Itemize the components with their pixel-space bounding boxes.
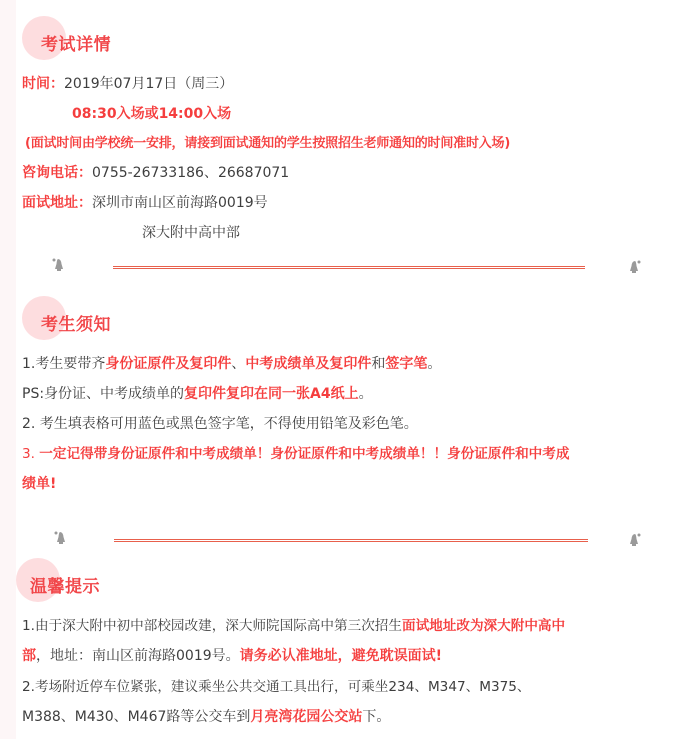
exam-time-row: 时间：2019年07月17日（周三）	[22, 74, 233, 94]
highlight-text: 月亮湾花园公交站	[250, 709, 362, 725]
highlight-text: 部	[22, 648, 36, 664]
text: 下。	[362, 709, 390, 725]
notice-item-1: 1.考生要带齐身份证原件及复印件、中考成绩单及复印件和签字笔。	[22, 354, 441, 374]
heading-title: 温馨提示	[30, 572, 100, 597]
address-value: 深圳市南山区前海路0019号	[92, 195, 268, 211]
heading-title: 考生须知	[41, 310, 111, 335]
text: 1.由于深大附中初中部校园改建，深大师院国际高中第三次招生	[22, 618, 402, 634]
notice-item-3-cont: 绩单!	[22, 474, 56, 494]
time-note: (面试时间由学校统一安排，请接到面试通知的学生按照招生老师通知的时间准时入场)	[25, 134, 510, 154]
text: 和	[371, 356, 385, 372]
notice-item-3: 3. 一定记得带身份证原件和中考成绩单！身份证原件和中考成绩单！！身份证原件和中…	[22, 444, 569, 464]
bell-icon	[52, 257, 66, 273]
section-heading-exam-details: 考试详情	[22, 16, 162, 56]
address-row: 面试地址：深圳市南山区前海路0019号	[22, 193, 268, 213]
time-value: 2019年07月17日（周三）	[64, 76, 233, 92]
text: ，地址：南山区前海路0019号。	[36, 648, 240, 664]
divider-rule	[113, 266, 585, 269]
text: PS:身份证、中考成绩单的	[22, 386, 184, 402]
section-heading-candidate-notice: 考生须知	[22, 296, 162, 336]
tip-item-1-cont: 部，地址：南山区前海路0019号。请务必认准地址，避免耽误面试!	[22, 646, 442, 666]
highlight-text: 签字笔	[385, 356, 427, 372]
tip-item-2-cont: M388、M430、M467路等公交车到月亮湾花园公交站下。	[22, 707, 390, 727]
text: 3.	[22, 446, 39, 462]
address-label: 面试地址：	[22, 195, 92, 211]
tip-item-2: 2.考场附近停车位紧张，建议乘坐公共交通工具出行，可乘坐234、M347、M37…	[22, 677, 530, 697]
text: 、	[231, 356, 245, 372]
bell-icon	[627, 532, 641, 548]
heading-title: 考试详情	[41, 30, 111, 55]
highlight-text: 中考成绩单及复印件	[245, 356, 371, 372]
section-divider	[22, 530, 662, 550]
notice-ps: PS:身份证、中考成绩单的复印件复印在同一张A4纸上。	[22, 384, 373, 404]
divider-rule	[114, 539, 588, 542]
highlight-text: 一定记得带身份证原件和中考成绩单！身份证原件和中考成绩单！！身份证原件和中考成	[39, 446, 569, 462]
highlight-text: 复印件复印在同一张A4纸上	[184, 386, 359, 402]
text: M388、M430、M467路等公交车到	[22, 709, 250, 725]
section-divider	[22, 257, 662, 277]
phone-value: 0755-26733186、26687071	[92, 165, 289, 181]
highlight-text: 请务必认准地址，避免耽误面试!	[240, 648, 442, 664]
left-decorative-strip	[0, 0, 16, 739]
address-value-2: 深大附中高中部	[142, 223, 240, 243]
time-slots: 08:30入场或14:00入场	[72, 104, 231, 124]
highlight-text: 面试地址改为深大附中高中	[402, 618, 565, 634]
phone-row: 咨询电话：0755-26733186、26687071	[22, 163, 289, 183]
text: 1.考生要带齐	[22, 356, 105, 372]
phone-label: 咨询电话：	[22, 165, 92, 181]
tip-item-1: 1.由于深大附中初中部校园改建，深大师院国际高中第三次招生面试地址改为深大附中高…	[22, 616, 565, 636]
time-label: 时间：	[22, 76, 64, 92]
text: 。	[427, 356, 441, 372]
highlight-text: 身份证原件及复印件	[105, 356, 231, 372]
bell-icon	[627, 259, 641, 275]
bell-icon	[54, 530, 68, 546]
text: 。	[359, 386, 373, 402]
section-heading-tips: 温馨提示	[16, 558, 156, 598]
notice-item-2: 2. 考生填表格可用蓝色或黑色签字笔，不得使用铅笔及彩色笔。	[22, 414, 418, 434]
